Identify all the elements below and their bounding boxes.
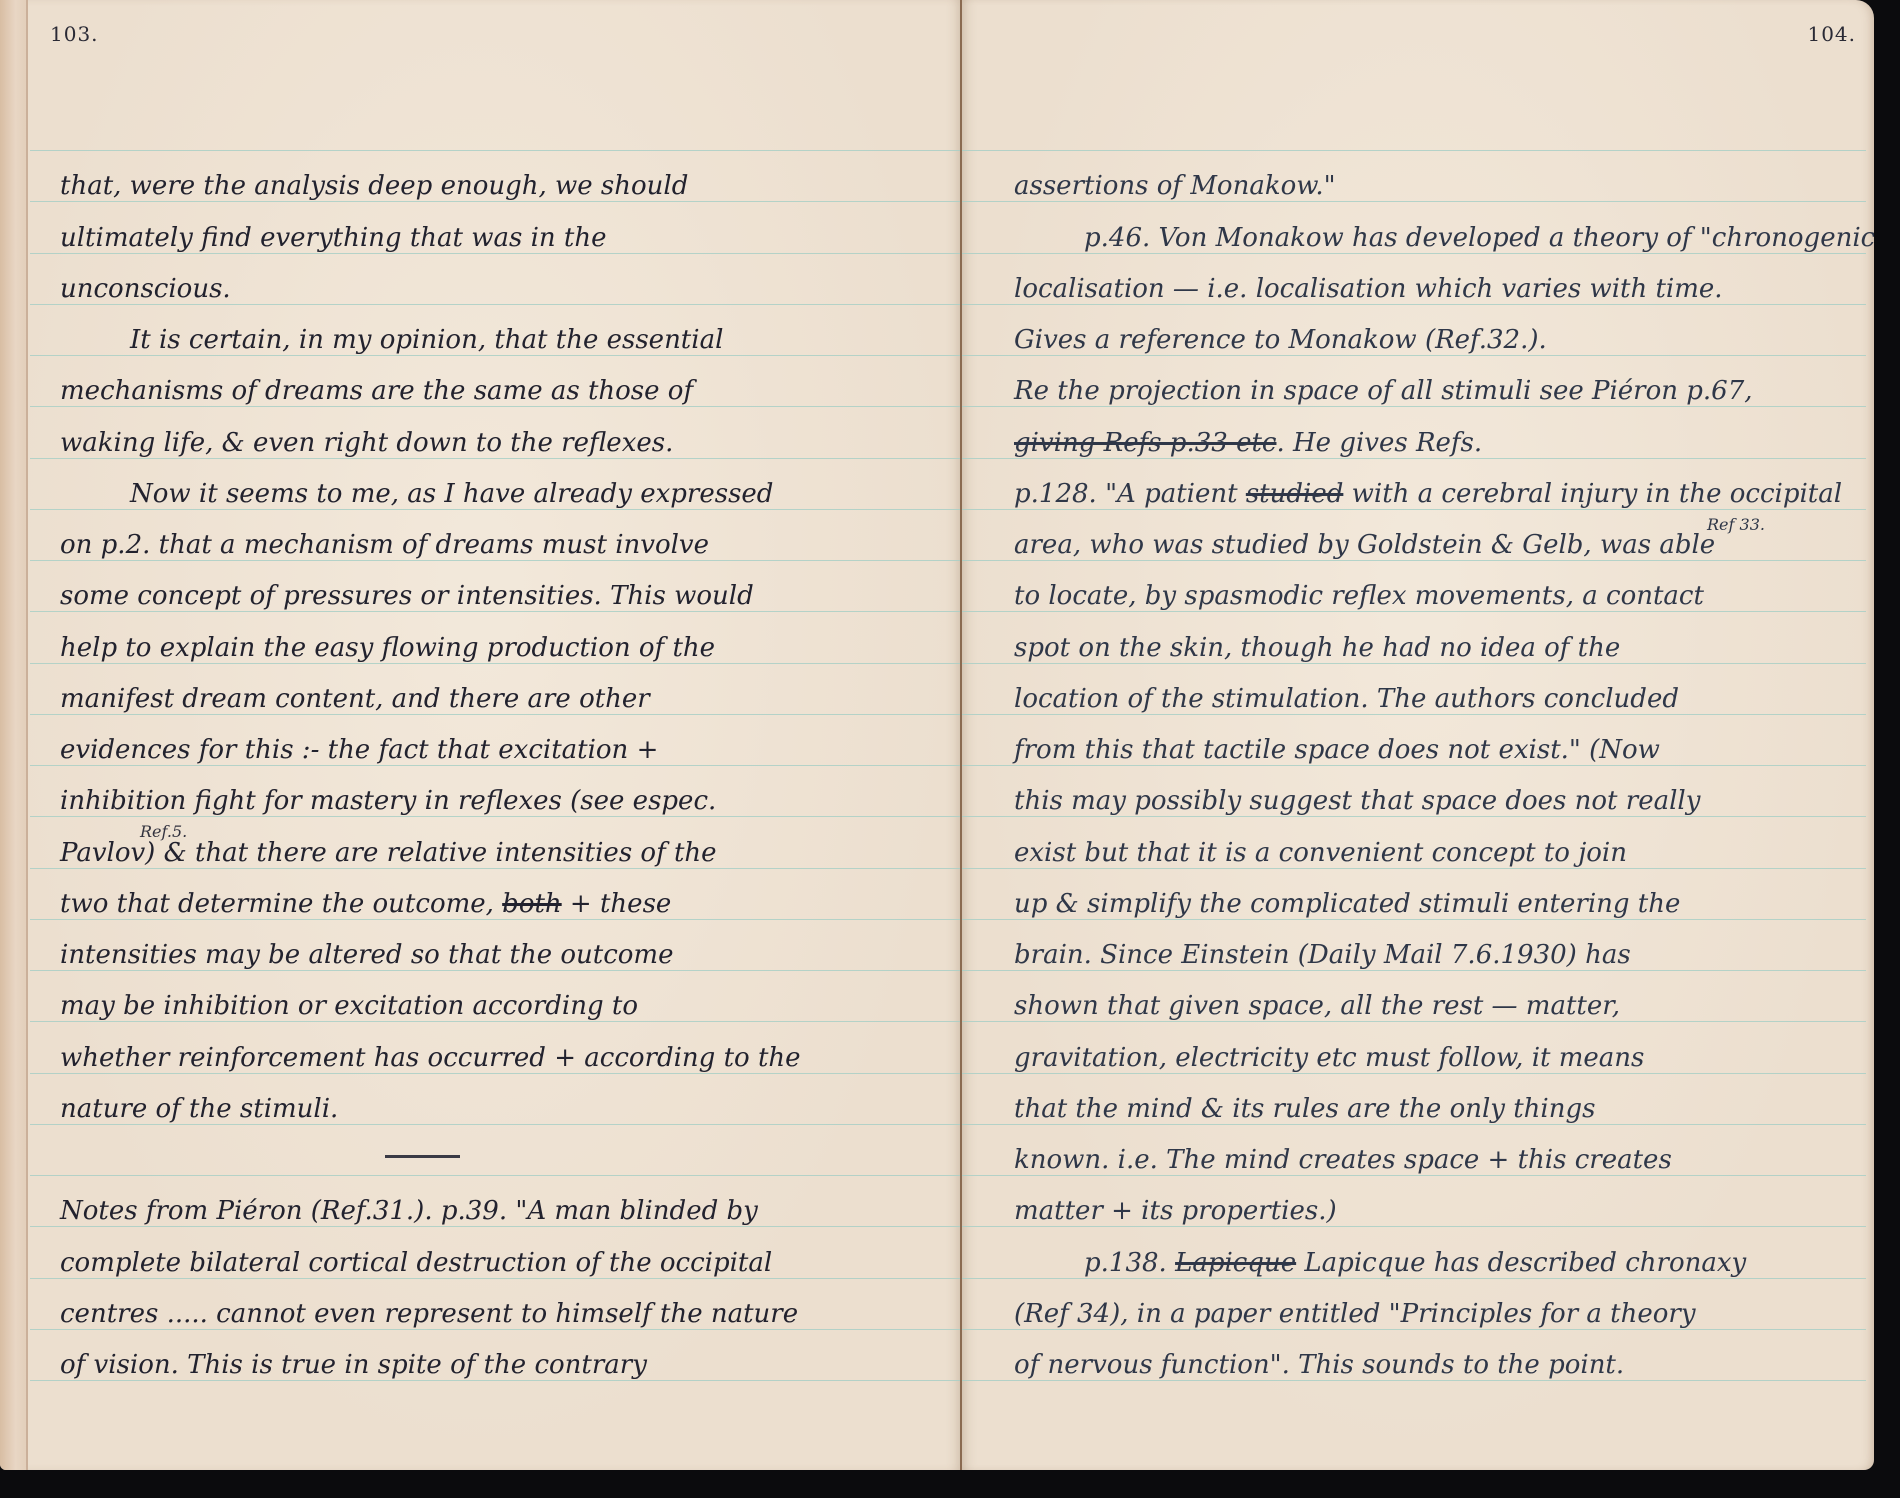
ruled-line [962, 611, 1866, 612]
text-line: intensities may be altered so that the o… [60, 940, 673, 970]
text-segment: Re the projection in space of all stimul… [1014, 376, 1753, 406]
right-page: 104. assertions of Monakow."p.46. Von Mo… [962, 0, 1874, 1470]
text-segment: from this that tactile space does not ex… [1014, 735, 1660, 765]
ruled-line [30, 1124, 961, 1125]
text-line: from this that tactile space does not ex… [1014, 735, 1660, 765]
ruled-line [30, 868, 961, 869]
text-segment: unconscious. [60, 274, 231, 304]
text-line: waking life, & even right down to the re… [60, 428, 673, 458]
ruled-line [962, 201, 1866, 202]
text-segment: two that determine the outcome, [60, 889, 502, 919]
left-page: 103. that, were the analysis deep enough… [0, 0, 961, 1470]
ruled-line [30, 458, 961, 459]
text-segment: assertions of Monakow." [1014, 171, 1336, 201]
margin-annotation: Ref 33. [1707, 515, 1765, 534]
text-line: of vision. This is true in spite of the … [60, 1350, 647, 1380]
text-segment: of nervous function". This sounds to the… [1014, 1350, 1624, 1380]
text-segment: area, who was studied by Goldstein & Gel… [1014, 530, 1715, 560]
text-segment: evidences for this :- the fact that exci… [60, 735, 658, 765]
ruled-line [30, 663, 961, 664]
text-segment: waking life, & even right down to the re… [60, 428, 673, 458]
ruled-line [30, 201, 961, 202]
text-segment: help to explain the easy flowing product… [60, 633, 715, 663]
ruled-line [962, 1278, 1866, 1279]
text-segment: p.138. [1084, 1248, 1175, 1278]
text-segment: exist but that it is a convenient concep… [1014, 838, 1627, 868]
ruled-line [962, 919, 1866, 920]
ruled-line [30, 1073, 961, 1074]
text-segment: Gives a reference to Monakow (Ref.32.). [1014, 325, 1547, 355]
section-divider [385, 1155, 460, 1158]
ruled-line [962, 1175, 1866, 1176]
text-segment: matter + its properties.) [1014, 1196, 1337, 1226]
text-line: complete bilateral cortical destruction … [60, 1248, 772, 1278]
text-segment: shown that given space, all the rest — m… [1014, 991, 1620, 1021]
text-line: this may possibly suggest that space doe… [1014, 786, 1700, 816]
text-segment: . He gives Refs. [1276, 428, 1482, 458]
text-line: on p.2. that a mechanism of dreams must … [60, 530, 709, 560]
text-line: up & simplify the complicated stimuli en… [1014, 889, 1680, 919]
ruled-line [30, 560, 961, 561]
text-segment: + these [562, 889, 672, 919]
text-line: spot on the skin, though he had no idea … [1014, 633, 1620, 663]
struck-text: both [502, 889, 562, 919]
ruled-line [962, 560, 1866, 561]
ruled-line [30, 150, 961, 151]
ruled-line [962, 868, 1866, 869]
text-line: location of the stimulation. The authors… [1014, 684, 1679, 714]
text-line: shown that given space, all the rest — m… [1014, 991, 1620, 1021]
text-line: p.46. Von Monakow has developed a theory… [1014, 223, 1874, 253]
text-line: help to explain the easy flowing product… [60, 633, 715, 663]
text-line: centres ..... cannot even represent to h… [60, 1299, 798, 1329]
ruled-line [30, 1278, 961, 1279]
text-line: assertions of Monakow." [1014, 171, 1336, 201]
text-line: gravitation, electricity etc must follow… [1014, 1043, 1644, 1073]
ruled-line [962, 970, 1866, 971]
ruled-line [962, 406, 1866, 407]
text-line: manifest dream content, and there are ot… [60, 684, 650, 714]
text-segment: with a cerebral injury in the occipital [1343, 479, 1842, 509]
margin-annotation: Ref.5. [140, 822, 187, 841]
text-line: evidences for this :- the fact that exci… [60, 735, 658, 765]
text-line: nature of the stimuli. [60, 1094, 338, 1124]
text-line: Gives a reference to Monakow (Ref.32.). [1014, 325, 1547, 355]
ruled-line [30, 509, 961, 510]
ruled-line [962, 355, 1866, 356]
ruled-line [30, 970, 961, 971]
text-line: Now it seems to me, as I have already ex… [60, 479, 773, 509]
notebook-spread: 103. that, were the analysis deep enough… [0, 0, 1900, 1498]
text-line: brain. Since Einstein (Daily Mail 7.6.19… [1014, 940, 1631, 970]
text-segment: spot on the skin, though he had no idea … [1014, 633, 1620, 663]
ruled-line [962, 253, 1866, 254]
ruled-line [962, 1226, 1866, 1227]
text-segment: intensities may be altered so that the o… [60, 940, 673, 970]
text-segment: Notes from Piéron (Ref.31.). p.39. "A ma… [60, 1196, 758, 1226]
text-segment: gravitation, electricity etc must follow… [1014, 1043, 1644, 1073]
text-segment: location of the stimulation. The authors… [1014, 684, 1679, 714]
text-line: area, who was studied by Goldstein & Gel… [1014, 530, 1715, 560]
struck-text: studied [1246, 479, 1344, 509]
text-line: exist but that it is a convenient concep… [1014, 838, 1627, 868]
text-segment: centres ..... cannot even represent to h… [60, 1299, 798, 1329]
text-line: inhibition fight for mastery in reflexes… [60, 786, 716, 816]
text-segment: p.46. Von Monakow has developed a theory… [1084, 223, 1874, 253]
text-line: ultimately find everything that was in t… [60, 223, 607, 253]
text-line: It is certain, in my opinion, that the e… [60, 325, 723, 355]
ruled-line [30, 304, 961, 305]
page-number: 104. [1807, 22, 1856, 46]
ruled-line [30, 1380, 961, 1381]
text-segment: of vision. This is true in spite of the … [60, 1350, 647, 1380]
text-line: matter + its properties.) [1014, 1196, 1337, 1226]
text-segment: nature of the stimuli. [60, 1094, 338, 1124]
text-segment: (Ref 34), in a paper entitled "Principle… [1014, 1299, 1696, 1329]
text-segment: whether reinforcement has occurred + acc… [60, 1043, 801, 1073]
text-segment: complete bilateral cortical destruction … [60, 1248, 772, 1278]
text-segment: inhibition fight for mastery in reflexes… [60, 786, 716, 816]
ruled-line [962, 304, 1866, 305]
page-edge [0, 0, 28, 1470]
text-segment: that the mind & its rules are the only t… [1014, 1094, 1595, 1124]
text-segment: brain. Since Einstein (Daily Mail 7.6.19… [1014, 940, 1631, 970]
text-line: some concept of pressures or intensities… [60, 581, 754, 611]
text-segment: may be inhibition or excitation accordin… [60, 991, 638, 1021]
ruled-line [30, 919, 961, 920]
text-line: Notes from Piéron (Ref.31.). p.39. "A ma… [60, 1196, 758, 1226]
text-segment: Lapicque has described chronaxy [1296, 1248, 1746, 1278]
ruled-line [962, 1021, 1866, 1022]
text-segment: on p.2. that a mechanism of dreams must … [60, 530, 709, 560]
ruled-line [962, 663, 1866, 664]
ruled-line [30, 611, 961, 612]
ruled-line [962, 1124, 1866, 1125]
text-segment: up & simplify the complicated stimuli en… [1014, 889, 1680, 919]
text-segment: that, were the analysis deep enough, we … [60, 171, 688, 201]
text-line: of nervous function". This sounds to the… [1014, 1350, 1624, 1380]
struck-text: giving Refs p.33 etc [1014, 428, 1276, 458]
ruled-line [30, 406, 961, 407]
text-segment: mechanisms of dreams are the same as tho… [60, 376, 693, 406]
ruled-line [962, 816, 1866, 817]
ruled-line [962, 1073, 1866, 1074]
text-segment: ultimately find everything that was in t… [60, 223, 607, 253]
text-segment: some concept of pressures or intensities… [60, 581, 754, 611]
ruled-line [30, 355, 961, 356]
text-segment: Pavlov) & that there are relative intens… [60, 838, 717, 868]
ruled-line [962, 714, 1866, 715]
ruled-line [30, 816, 961, 817]
text-line: (Ref 34), in a paper entitled "Principle… [1014, 1299, 1696, 1329]
text-segment: localisation — i.e. localisation which v… [1014, 274, 1723, 304]
text-line: Re the projection in space of all stimul… [1014, 376, 1753, 406]
text-line: whether reinforcement has occurred + acc… [60, 1043, 801, 1073]
ruled-line [30, 1329, 961, 1330]
ruled-line [962, 509, 1866, 510]
ruled-line [962, 765, 1866, 766]
text-line: unconscious. [60, 274, 231, 304]
text-line: p.138. Lapicque Lapicque has described c… [1014, 1248, 1746, 1278]
text-line: localisation — i.e. localisation which v… [1014, 274, 1723, 304]
ruled-line [962, 150, 1866, 151]
page-number: 103. [50, 22, 99, 46]
text-line: p.128. "A patient studied with a cerebra… [1014, 479, 1842, 509]
text-line: that, were the analysis deep enough, we … [60, 171, 688, 201]
ruled-line [30, 253, 961, 254]
struck-text: Lapicque [1175, 1248, 1296, 1278]
text-segment: p.128. "A patient [1014, 479, 1246, 509]
ruled-line [30, 1175, 961, 1176]
ruled-line [962, 458, 1866, 459]
ruled-line [30, 714, 961, 715]
text-segment: to locate, by spasmodic reflex movements… [1014, 581, 1704, 611]
text-line: known. i.e. The mind creates space + thi… [1014, 1145, 1672, 1175]
text-segment: manifest dream content, and there are ot… [60, 684, 650, 714]
ruled-line [30, 1226, 961, 1227]
text-line: may be inhibition or excitation accordin… [60, 991, 638, 1021]
ruled-line [962, 1329, 1866, 1330]
text-segment: known. i.e. The mind creates space + thi… [1014, 1145, 1672, 1175]
text-line: mechanisms of dreams are the same as tho… [60, 376, 693, 406]
text-segment: Now it seems to me, as I have already ex… [130, 479, 773, 509]
text-line: Pavlov) & that there are relative intens… [60, 838, 717, 868]
text-line: that the mind & its rules are the only t… [1014, 1094, 1595, 1124]
text-segment: It is certain, in my opinion, that the e… [130, 325, 723, 355]
text-line: to locate, by spasmodic reflex movements… [1014, 581, 1704, 611]
text-segment: this may possibly suggest that space doe… [1014, 786, 1700, 816]
ruled-line [30, 765, 961, 766]
ruled-line [30, 1021, 961, 1022]
ruled-line [962, 1380, 1866, 1381]
text-line: two that determine the outcome, both + t… [60, 889, 671, 919]
text-line: giving Refs p.33 etc. He gives Refs. [1014, 428, 1482, 458]
